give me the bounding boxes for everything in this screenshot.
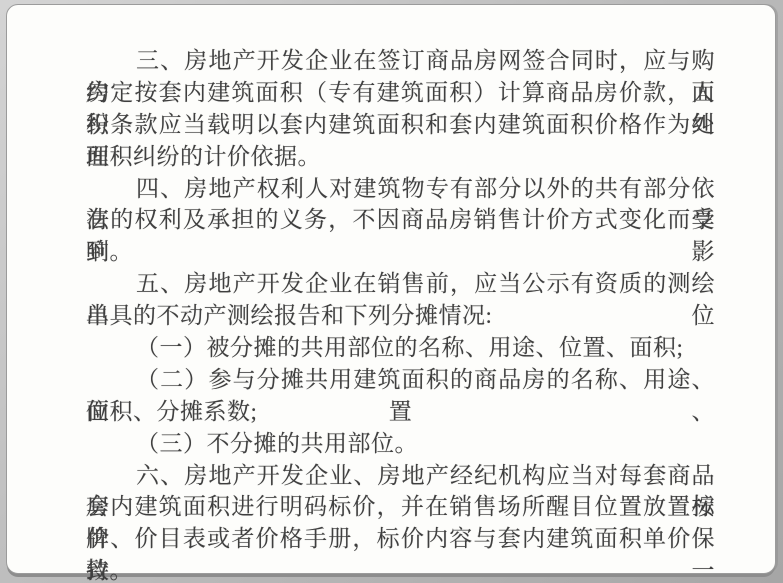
text-line: 套内建筑面积进行明码标价，并在销售场所醒目位置放置标价 [86,491,715,523]
text-line: 牌、价目表或者价格手册，标价内容与套内建筑面积单价保持一 [86,523,715,555]
text-line: 约定按套内建筑面积（专有建筑面积）计算商品房价款，面积纠 [86,77,715,109]
text-line: （一）被分摊的共用部位的名称、用途、位置、面积; [86,332,715,364]
text-line: 有的权利及承担的义务，不因商品房销售计价方式变化而受到影 [86,204,715,236]
text-line: 六、房地产开发企业、房地产经纪机构应当对每套商品房按 [86,460,715,492]
text-line: 四、房地产权利人对建筑物专有部分以外的共有部分依法享 [86,173,715,205]
text-line: 五、房地产开发企业在销售前，应当公示有资质的测绘单位 [86,268,715,300]
text-line: （二）参与分摊共用建筑面积的商品房的名称、用途、位置、 [86,364,715,396]
document-body: 三、房地产开发企业在签订商品房网签合同时，应与购房人约定按套内建筑面积（专有建筑… [86,45,715,583]
text-line: 三、房地产开发企业在签订商品房网签合同时，应与购房人 [86,45,715,77]
text-line: （三）不分摊的共用部位。 [86,428,715,460]
document-page: 三、房地产开发企业在签订商品房网签合同时，应与购房人约定按套内建筑面积（专有建筑… [6,4,776,574]
text-line: 面积纠纷的计价依据。 [86,141,715,173]
text-line: 纷条款应当载明以套内建筑面积和套内建筑面积价格作为处理 [86,109,715,141]
